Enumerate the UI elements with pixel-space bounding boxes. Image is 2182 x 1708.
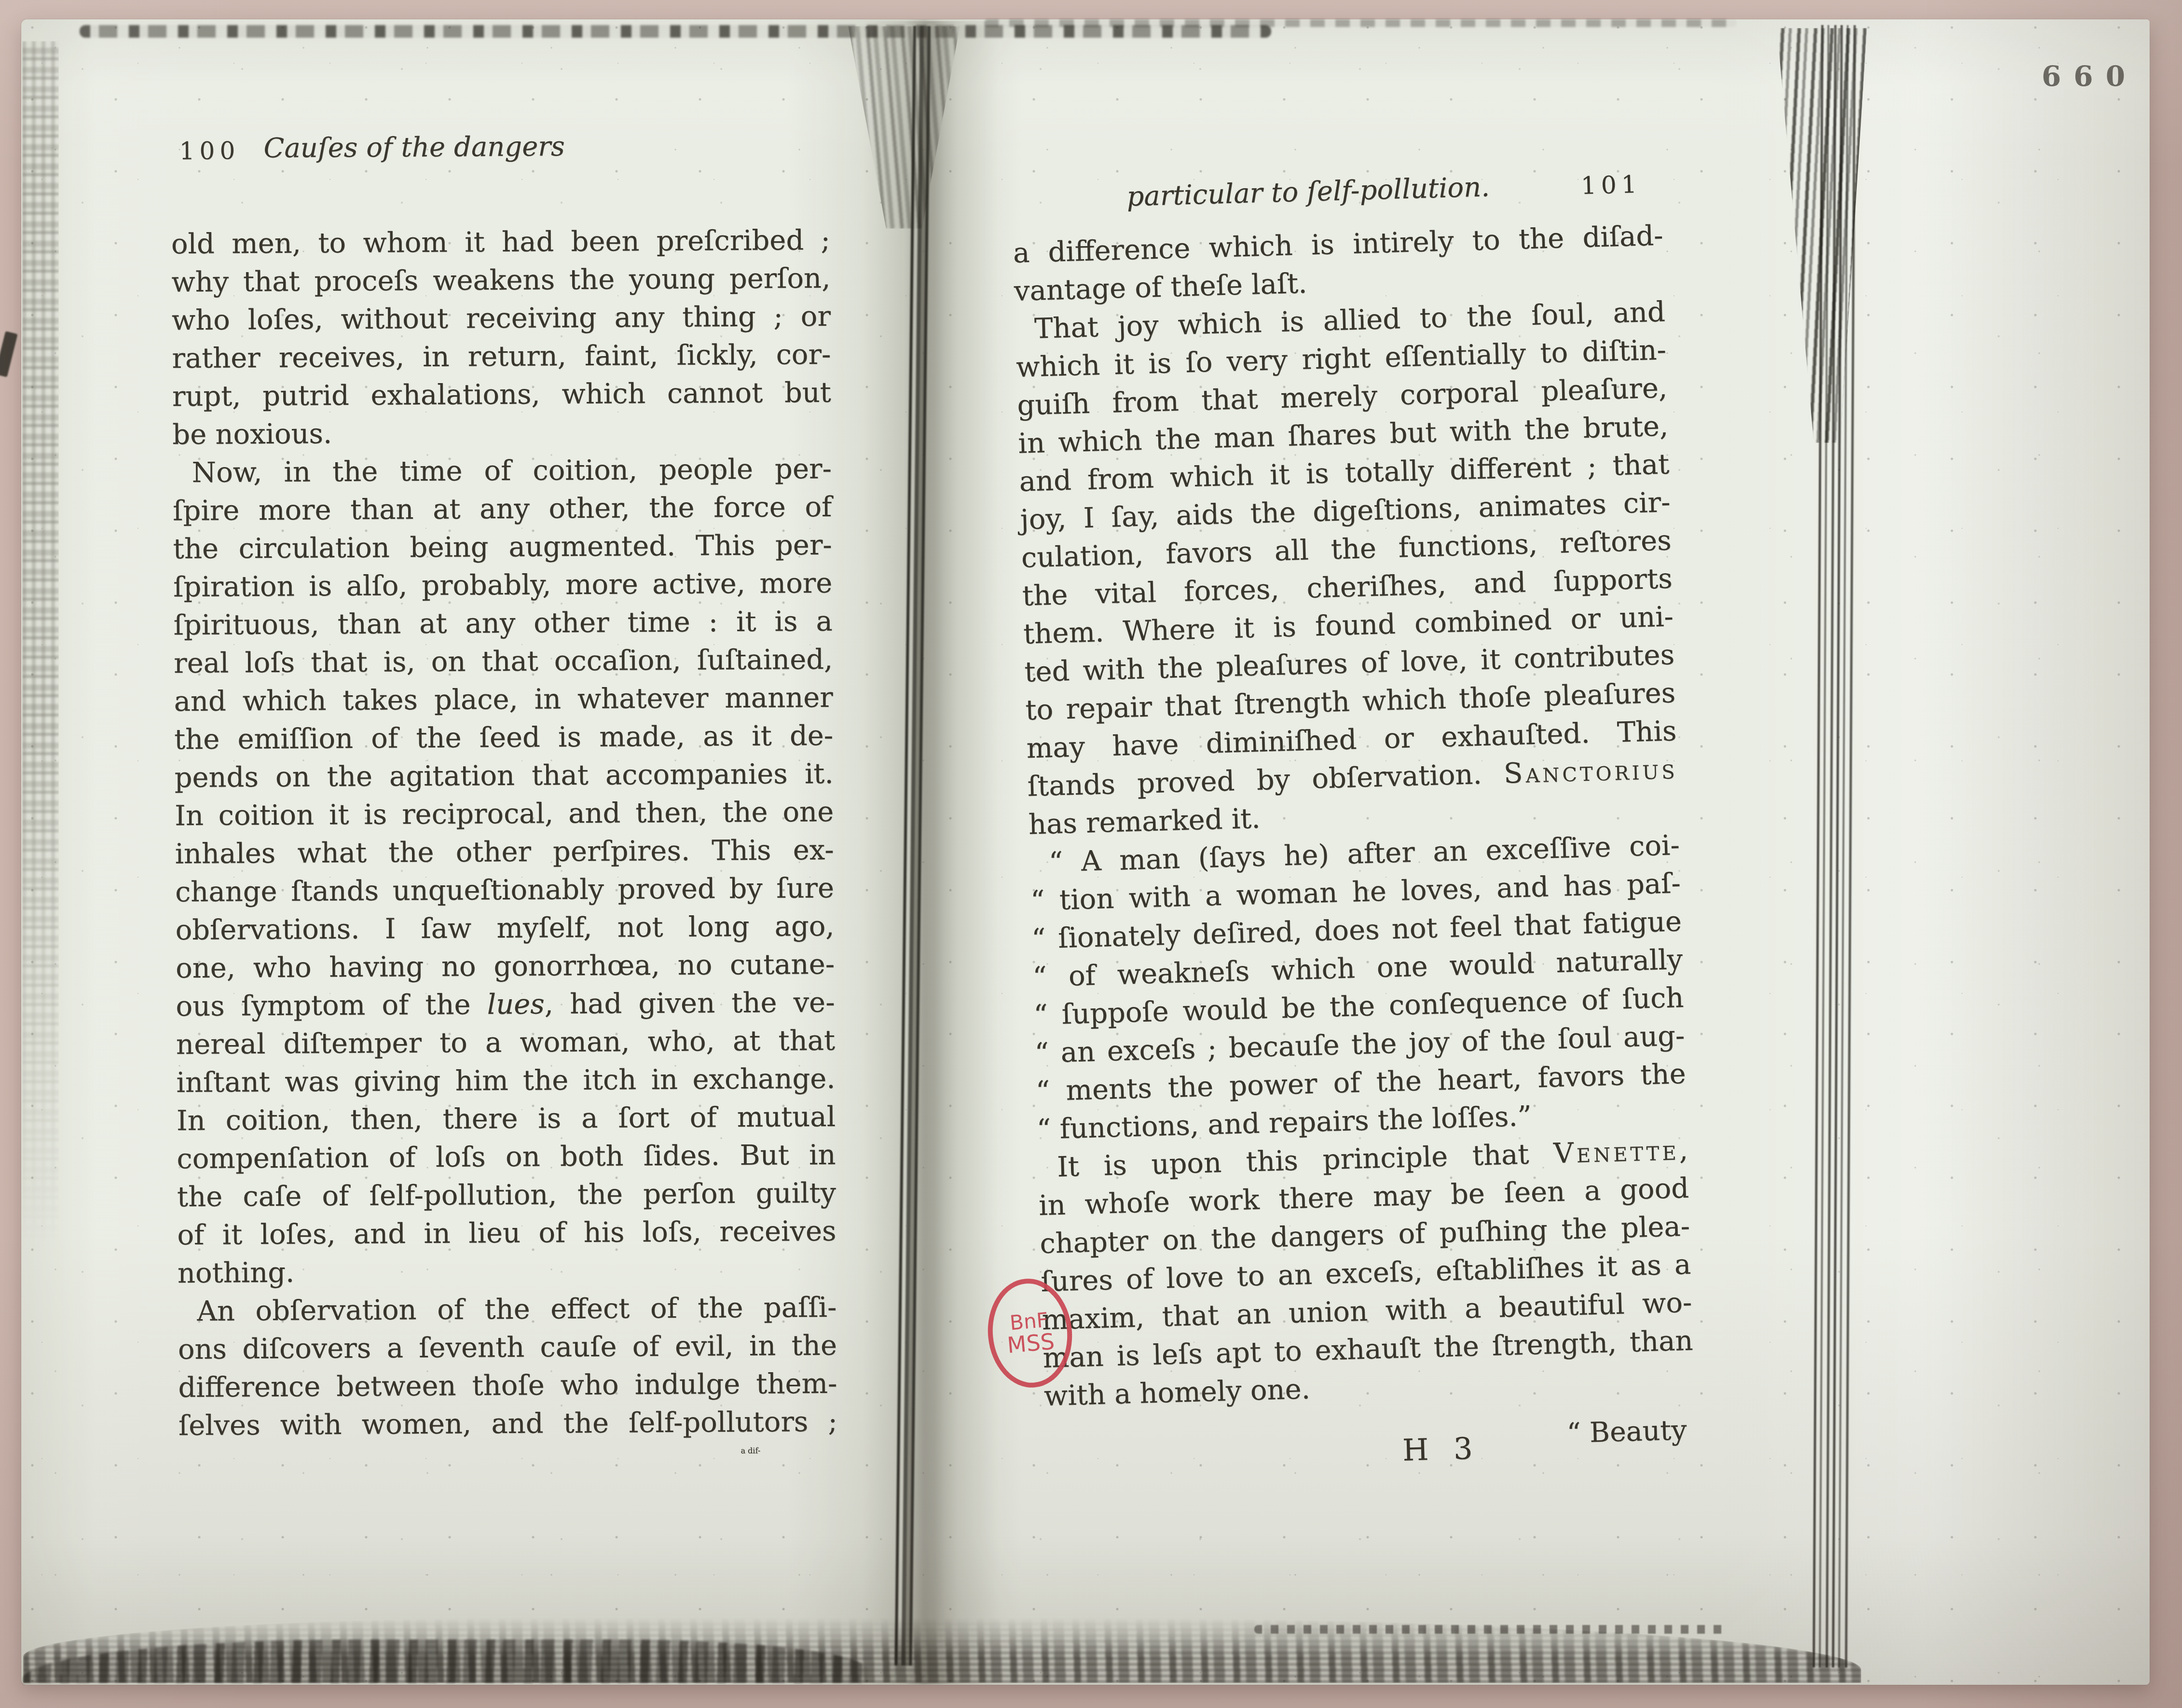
text-line: rupt, putrid exhalations, which cannot b…: [172, 373, 831, 415]
text-line: ſpirituous, than at any other time : it …: [173, 602, 832, 644]
text-line: who loſes, without receiving any thing ;…: [172, 297, 831, 339]
text-line: real loſs that is, on that occaſion, ſuſ…: [174, 640, 833, 682]
text-line: of it loſes, and in lieu of his loſs, re…: [177, 1212, 836, 1254]
bnf-stamp-line2: MSS: [1006, 1330, 1056, 1357]
scan-artifact-left-edge-mark: [0, 331, 18, 377]
text-line: In coition, then, there is a ſort of mut…: [177, 1098, 836, 1140]
text-line: ſelves with women, and the ſelf-pollutor…: [178, 1403, 837, 1445]
text-line: pends on the agitation that accompanies …: [174, 755, 833, 797]
text-line: Now, in the time of coition, people per-: [172, 450, 831, 492]
left-running-title: Cauſes of the dangers: [170, 130, 658, 165]
left-page-body: old men, to whom it had been preſcribed …: [171, 221, 837, 1445]
right-catchword: “ Beauty: [1566, 1414, 1687, 1449]
right-page: particular to ſelf-pollution. 101 a diff…: [1011, 167, 1696, 1483]
scanned-document-scene: 100 Cauſes of the dangers old men, to wh…: [0, 0, 2182, 1708]
text-line: obſervations. I ſaw myſelf, not long ago…: [175, 907, 834, 949]
text-line: and which takes place, in whatever manne…: [174, 678, 833, 720]
text-line: old men, to whom it had been preſcribed …: [171, 221, 830, 263]
text-line: nothing.: [178, 1250, 837, 1292]
text-line: change ſtands unqueſtionably proved by ſ…: [175, 869, 834, 911]
text-line: ons diſcovers a ſeventh cauſe of evil, i…: [178, 1326, 837, 1368]
left-page-header: 100 Cauſes of the dangers: [170, 129, 829, 170]
left-catchword: a dif-: [178, 1446, 837, 1488]
text-line: compenſation of loſs on both ſides. But …: [177, 1136, 836, 1178]
text-line: ſpire more than at any other, the force …: [173, 488, 832, 530]
text-line: the circulation being augmented. This pe…: [173, 526, 832, 568]
folio-number-stamp: 660: [2042, 60, 2138, 93]
text-line: difference between thoſe who indulge the…: [178, 1364, 837, 1406]
text-line: inhales what the other perſpires. This e…: [175, 831, 834, 873]
text-line: be noxious.: [172, 412, 831, 454]
right-page-body: a difference which is intirely to the di…: [1013, 216, 1695, 1415]
signature-mark: H 3: [1402, 1431, 1481, 1468]
text-line: the emiſſion of the ſeed is made, as it …: [174, 716, 833, 758]
text-line: ous ſymptom of the lues, had given the v…: [176, 983, 835, 1025]
left-page: 100 Cauſes of the dangers old men, to wh…: [170, 129, 837, 1488]
right-page-number: 101: [1580, 170, 1642, 200]
text-line: nereal diſtemper to a woman, who, at tha…: [176, 1021, 835, 1063]
text-line: the caſe of ſelf-pollution, the perſon g…: [177, 1174, 836, 1216]
text-line: inſtant was giving him the itch in excha…: [176, 1060, 835, 1102]
text-line: one, who having no gonorrhœa, no cutane-: [176, 945, 835, 987]
text-line: why that proceſs weakens the young perſo…: [171, 259, 830, 301]
text-line: An obſervation of the effect of the paſſ…: [178, 1288, 837, 1330]
text-line: In coition it is reciprocal, and then, t…: [175, 793, 834, 835]
text-line: ſpiration is alſo, probably, more active…: [173, 564, 832, 606]
text-line: rather receives, in return, faint, ſickl…: [172, 335, 831, 377]
